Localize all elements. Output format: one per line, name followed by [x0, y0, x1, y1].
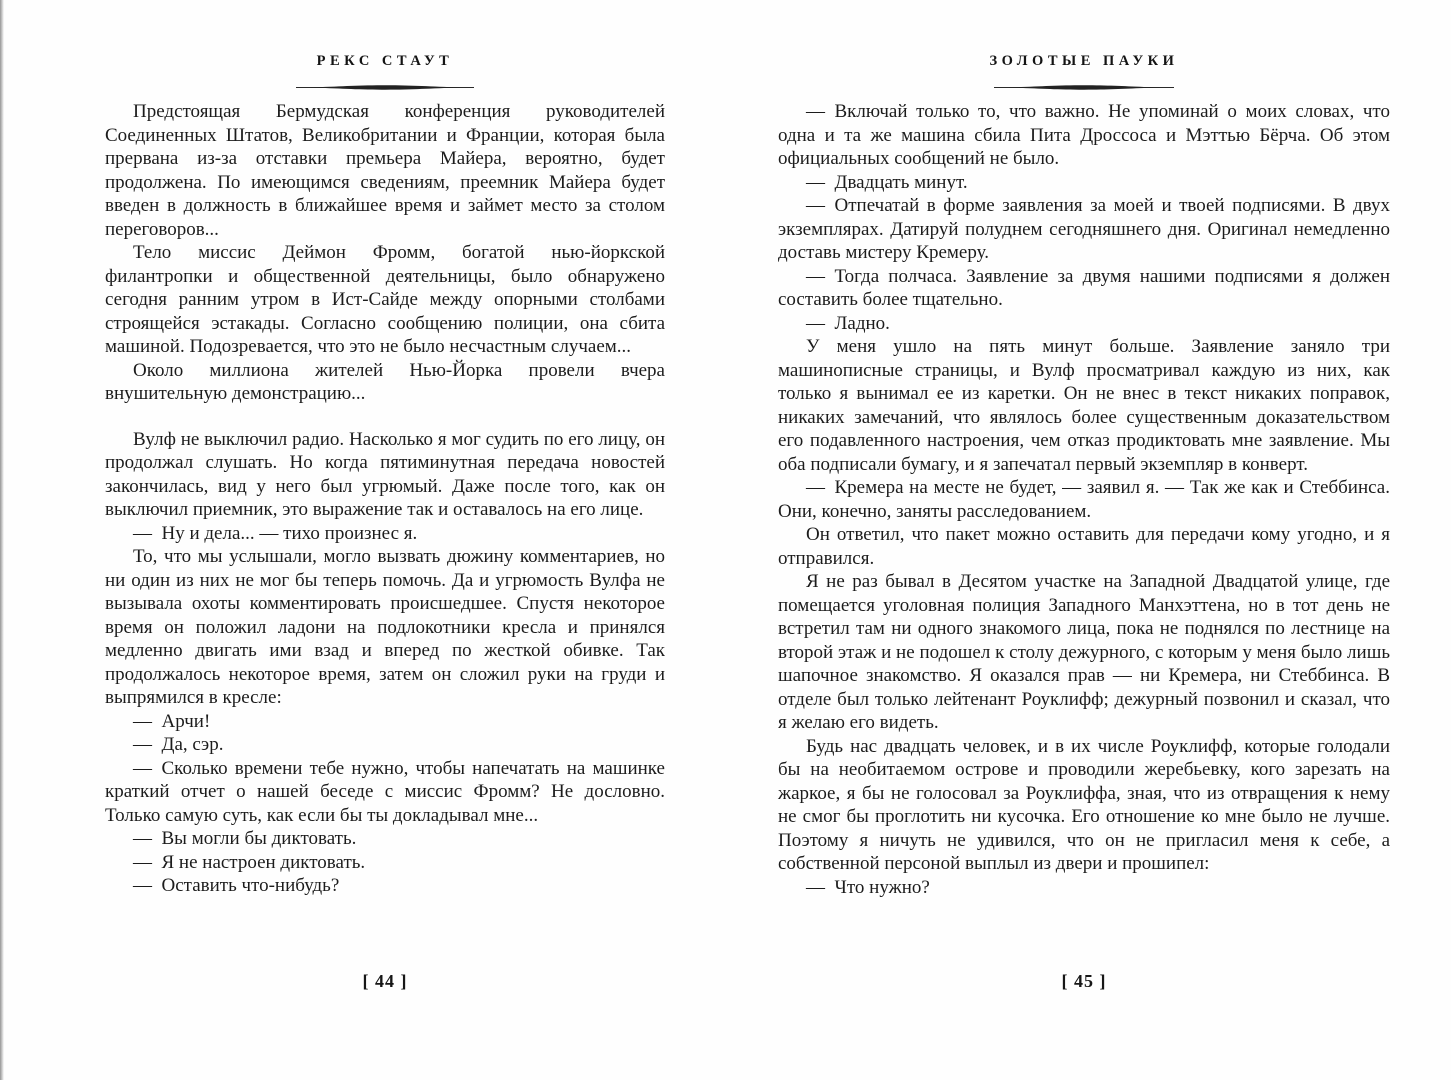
paragraph: — Ну и дела... — тихо произнес я.	[105, 522, 665, 546]
page-right: ЗОЛОТЫЕ ПАУКИ — Включай только то, что в…	[778, 0, 1390, 1080]
paragraph: Около миллиона жителей Нью-Йорка провели…	[105, 359, 665, 406]
paragraph: — Что нужно?	[778, 876, 1390, 900]
paragraph: — Я не настроен диктовать.	[105, 851, 665, 875]
paragraph: Тело миссис Деймон Фромм, богатой нью-йо…	[105, 241, 665, 359]
paragraph: — Сколько времени тебе нужно, чтобы напе…	[105, 757, 665, 828]
paragraph: Вулф не выключил радио. Насколько я мог …	[105, 428, 665, 522]
paragraph: — Тогда полчаса. Заявление за двумя наши…	[778, 265, 1390, 312]
paragraph: — Арчи!	[105, 710, 665, 734]
paragraph: — Оставить что-нибудь?	[105, 874, 665, 898]
paragraph: Он ответил, что пакет можно оставить для…	[778, 523, 1390, 570]
header-rule-ornament	[296, 84, 474, 91]
running-header-title: ЗОЛОТЫЕ ПАУКИ	[778, 53, 1390, 70]
paragraph: — Ладно.	[778, 312, 1390, 336]
paragraph: — Отпечатай в форме заявления за моей и …	[778, 194, 1390, 265]
header-rule-ornament	[994, 84, 1174, 91]
paragraph: — Двадцать минут.	[778, 171, 1390, 195]
page-text-right: — Включай только то, что важно. Не упоми…	[778, 100, 1390, 899]
paragraph: — Включай только то, что важно. Не упоми…	[778, 100, 1390, 171]
paragraph: — Да, сэр.	[105, 733, 665, 757]
paragraph: — Вы могли бы диктовать.	[105, 827, 665, 851]
page-number-left: [ 44 ]	[105, 971, 665, 992]
page-text-left: Предстоящая Бермудская конференция руков…	[105, 100, 665, 898]
page-number-right: [ 45 ]	[778, 971, 1390, 992]
paragraph: — Кремера на месте не будет, — заявил я.…	[778, 476, 1390, 523]
scan-edge-shadow	[0, 0, 4, 1080]
page-left: РЕКС СТАУТ Предстоящая Бермудская конфер…	[105, 0, 665, 1080]
paragraph: Я не раз бывал в Десятом участке на Запа…	[778, 570, 1390, 735]
paragraph: То, что мы услышали, могло вызвать дюжин…	[105, 545, 665, 710]
running-header-author: РЕКС СТАУТ	[105, 53, 665, 70]
paragraph: У меня ушло на пять минут больше. Заявле…	[778, 335, 1390, 476]
paragraph: Предстоящая Бермудская конференция руков…	[105, 100, 665, 241]
paragraph: Будь нас двадцать человек, и в их числе …	[778, 735, 1390, 876]
